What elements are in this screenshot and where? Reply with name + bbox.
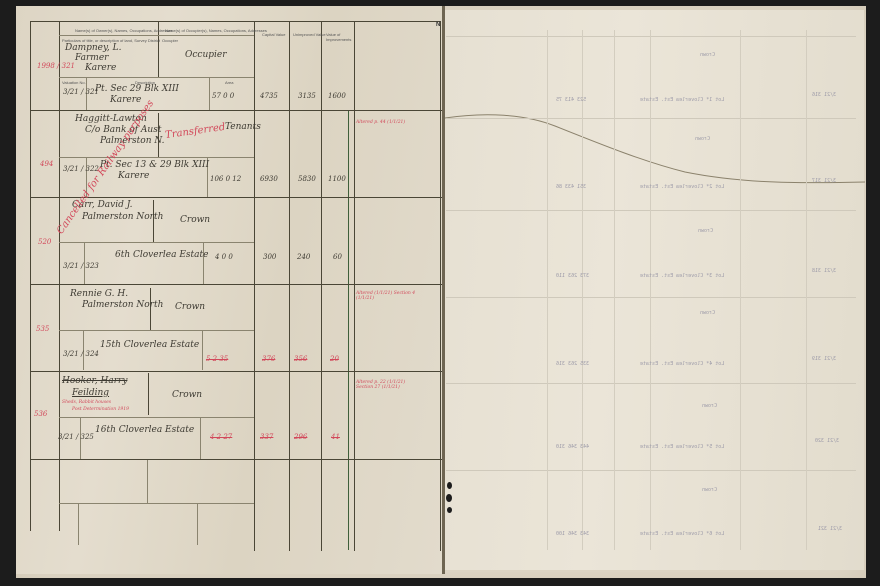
entry1-owner-address: Karere [85, 63, 116, 73]
entry3-margin: 520 [38, 238, 51, 246]
entry5-desc-1: 16th Cloverlea Estate [95, 425, 194, 435]
entry1-occupier: Occupier [185, 50, 227, 60]
entry4-area: 5 2 35 [206, 355, 228, 363]
entry1-capital: 4735 [260, 92, 278, 100]
entry4-valuation-no: 3/21 / 324 [63, 350, 99, 358]
entry3-area: 4 0 0 [215, 253, 233, 261]
entry3-capital: 300 [263, 253, 276, 261]
entry1-margin: 1998 / 321 [37, 62, 75, 70]
entry5-capital: 337 [260, 433, 273, 441]
entry4-unimproved: 356 [294, 355, 307, 363]
entry3-occupier: Crown [180, 215, 210, 225]
entry5-owner-note-1: Sheds, Rabbit houses [62, 400, 111, 405]
bleed-occupier-3: Crown [698, 228, 713, 234]
header-occupier: Name(s) of Occupier(s), Names, Occupatio… [165, 28, 267, 33]
bleed-values-1: 523 413 75 [556, 97, 586, 103]
entry1-improvements: 1600 [328, 92, 346, 100]
bleed-row-6: Lot 6* Cloverlea Est. Estate [640, 531, 724, 537]
entry1-owner-occupation: Farmer [75, 53, 108, 63]
entry3-owner-address: Palmerston North [82, 212, 163, 222]
entry3-desc-1: 6th Cloverlea Estate [115, 250, 208, 260]
binding-hole [446, 494, 452, 502]
entry5-unimproved: 296 [294, 433, 307, 441]
entry2-capital: 6930 [260, 175, 278, 183]
bleed-row-4: Lot 4* Cloverlea Est. Estate [640, 361, 724, 367]
page-marker: N [436, 22, 440, 28]
header-owner: Name(s) of Owner(s), Names, Occupations,… [75, 28, 173, 33]
header-unimproved-value: Unimproved Value [293, 32, 326, 37]
header-improvements: Value of Improvements [326, 32, 354, 42]
entry5-owner-name: Hooker, Harry [62, 376, 127, 386]
page-spine [442, 6, 445, 574]
binding-hole [447, 507, 452, 513]
entry5-owner-address: Feilding [72, 388, 109, 398]
bleed-row-3: Lot 3* Cloverlea Est. Estate [640, 273, 724, 279]
entry3-improvements: 60 [333, 253, 342, 261]
entry2-valuation-no: 3/21 / 322 [63, 165, 99, 173]
entry5-margin: 536 [34, 410, 47, 418]
bleed-occupier-2: Crown [695, 136, 710, 142]
entry5-owner-note-2: Post Determination 1919 [72, 407, 129, 412]
entry5-note: Altered p. 22 (1/1/21) Section 27 (1/1/2… [356, 380, 416, 390]
bleed-ref-4: 3/21 319 [812, 356, 836, 362]
entry2-margin: 494 [40, 160, 53, 168]
entry5-occupier: Crown [172, 390, 202, 400]
bleed-ref-6: 3/21 321 [818, 526, 842, 532]
entry2-unimproved: 5830 [298, 175, 316, 183]
bleed-ref-2: 3/21 317 [812, 178, 836, 184]
bleed-occupier-1: Crown [700, 52, 715, 58]
entry1-desc-1: Pt. Sec 29 Blk XIII [95, 84, 179, 94]
entry4-desc-1: 15th Cloverlea Estate [100, 340, 199, 350]
bleed-row-1: Lot 1* Cloverlea Est. Estate [640, 97, 724, 103]
entry4-occupier: Crown [175, 302, 205, 312]
bleed-row-5: Lot 5* Cloverlea Est. Estate [640, 444, 724, 450]
entry2-occupier: Tenants [225, 122, 261, 132]
entry4-note: Altered (1/1/21) Section 4 (1/1/21) [356, 291, 416, 301]
entry1-desc-2: Karere [110, 95, 141, 105]
bleed-ref-5: 3/21 320 [815, 438, 839, 444]
bleed-values-5: 443 346 310 [556, 444, 589, 450]
bleed-values-4: 335 263 316 [556, 361, 589, 367]
bleed-row-2: Lot 2* Cloverlea Est. Estate [640, 184, 724, 190]
entry1-area: 57 0 0 [212, 92, 234, 100]
header-area: Area [225, 80, 233, 85]
entry5-improvements: 41 [331, 433, 340, 441]
right-page [444, 10, 864, 570]
paper-tear [445, 112, 865, 192]
header-capital-value: Capital Value [262, 32, 286, 37]
entry5-area: 4 2 27 [210, 433, 232, 441]
entry4-owner-address: Palmerston North [82, 300, 163, 310]
bleed-values-6: 343 346 100 [556, 531, 589, 537]
entry1-owner-name: Dampney, L. [65, 43, 121, 53]
entry2-note: Altered p. 44 (1/1/21) [356, 120, 405, 125]
bleed-ref-3: 3/21 318 [812, 268, 836, 274]
entry2-desc-2: Karere [118, 171, 149, 181]
header-occupier-sub: Occupier [162, 38, 178, 43]
entry2-improvements: 1100 [328, 175, 346, 183]
binding-hole [447, 482, 452, 489]
entry3-valuation-no: 3/21 / 323 [63, 262, 99, 270]
entry4-capital: 376 [262, 355, 275, 363]
bleed-ref-1: 3/21 316 [812, 92, 836, 98]
entry4-owner-name: Rennie G. H. [70, 289, 128, 299]
bleed-occupier-6: Crown [702, 487, 717, 493]
bleed-occupier-4: Crown [700, 310, 715, 316]
entry1-unimproved: 3135 [298, 92, 316, 100]
entry5-valuation-no: 3/21 / 325 [58, 433, 94, 441]
entry3-unimproved: 240 [297, 253, 310, 261]
entry1-valuation-no: 3/21 / 321 [63, 88, 99, 96]
entry4-improvements: 20 [330, 355, 339, 363]
entry4-margin: 535 [36, 325, 49, 333]
bleed-occupier-5: Crown [702, 403, 717, 409]
header-valuation-no: Valuation No. [62, 80, 86, 85]
bleed-values-3: 373 263 110 [556, 273, 589, 279]
bleed-values-2: 351 433 86 [556, 184, 586, 190]
entry2-area: 106 0 12 [210, 175, 241, 183]
